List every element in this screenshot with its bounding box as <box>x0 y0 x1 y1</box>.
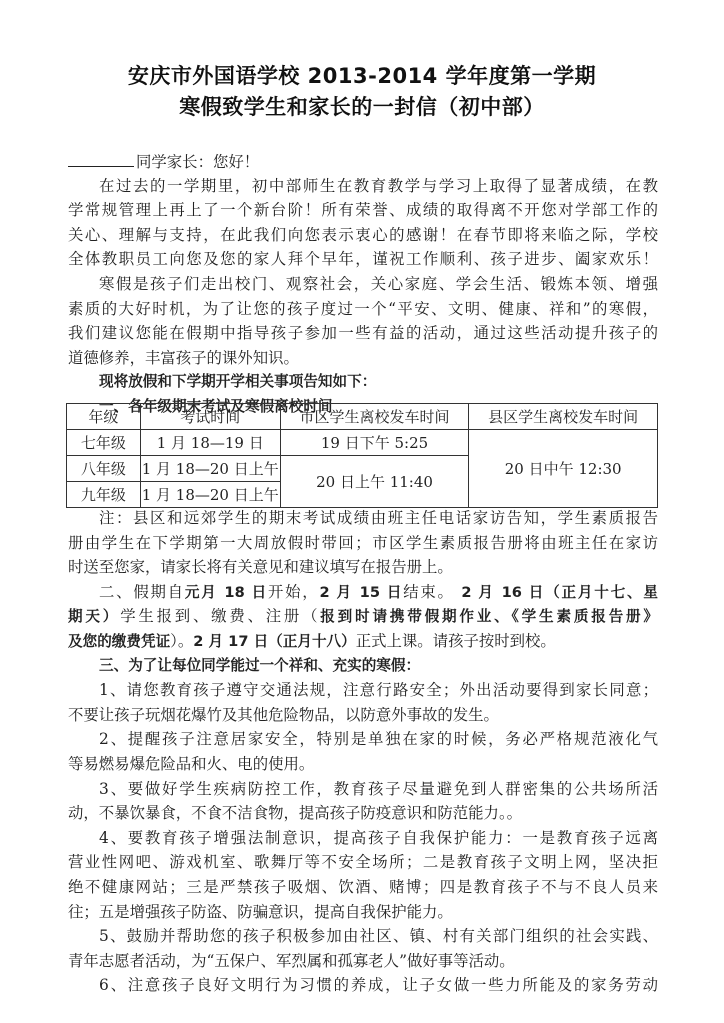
intro-line: 全体教职员工向您及您的家人拜个早年，谨祝工作顺利、孩子进步、阖家欢乐！ <box>68 247 658 272</box>
title-line-2: 寒假致学生和家长的一封信（初中部） <box>0 91 724 121</box>
item-4-line: 往；五是增强孩子防盗、防骗意识，提高自我保护能力。 <box>68 900 658 925</box>
report-day: 期天） <box>68 608 120 625</box>
cell-exam: 1 月 18—20 日上午 <box>140 456 280 482</box>
section2-text: 学生报到、缴费、注册（ <box>120 607 320 625</box>
cell-county: 20 日中午 12:30 <box>469 430 658 508</box>
name-blank <box>68 149 134 167</box>
intro-line: 关心、理解与支持，在此我们向您表示衷心的感谢！在春节即将来临之际，学校 <box>68 223 658 248</box>
salutation: 同学家长：您好！ <box>68 149 658 174</box>
item-3-line: 动，不暴饮暴食，不食不洁食物，提高孩子防疫意识和防范能力。。 <box>68 801 658 826</box>
title-line-1: 安庆市外国语学校 2013-2014 学年度第一学期 <box>0 60 724 90</box>
item-1-line: 不要让孩子玩烟花爆竹及其他危险物品，以防意外事故的发生。 <box>68 703 658 728</box>
report-date: 2 月 16 日（正月十七、星 <box>461 584 658 601</box>
section2-text: 正式上课。请孩子按时到校。 <box>356 632 556 650</box>
item-6-line: 6、注意孩子良好文明行为习惯的养成，让子女做一些力所能及的家务劳动 <box>68 973 658 998</box>
section2-line: 期天）学生报到、缴费、注册（报到时请携带假期作业、《学生素质报告册》 <box>68 604 658 629</box>
section2-text: 结束。 <box>403 583 461 601</box>
item-4-line: 绝不健康网站；三是严禁孩子吸烟、饮酒、赌博；四是教育孩子不与不良人员来 <box>68 875 658 900</box>
cell-grade: 七年级 <box>67 430 141 456</box>
note-line: 册由学生在下学期第一大周放假时带回；市区学生素质报告册将由班主任在家访 <box>68 531 658 556</box>
schedule-table: 年级 考试时间 市区学生离校发车时间 县区学生离校发车时间 七年级 1 月 18… <box>66 403 658 508</box>
note-line: 注：县区和远郊学生的期末考试成绩由班主任电话家访告知，学生素质报告 <box>68 506 658 531</box>
note-line: 时送至您家，请家长将有关意见和建议填写在报告册上。 <box>68 555 658 580</box>
vacation-line: 素质的大好时机，为了让您的孩子度过一个“平安、文明、健康、祥和”的寒假， <box>68 297 658 322</box>
cell-exam: 1 月 18—19 日 <box>140 430 280 456</box>
letter-page: 安庆市外国语学校 2013-2014 学年度第一学期 寒假致学生和家长的一封信（… <box>0 0 724 1023</box>
end-date: 2 月 15 日 <box>319 584 403 601</box>
item-2-line: 2、提醒孩子注意居家安全，特别是单独在家的时候，务必严格规范液化气 <box>68 727 658 752</box>
letter-body-upper: 同学家长：您好！ 在过去的一学期里，初中部师生在教育教学与学习上取得了显著成绩，… <box>68 149 658 420</box>
vacation-line: 我们建议您能在假期中指导孩子参加一些有益的活动，通过这些活动提升孩子的 <box>68 321 658 346</box>
class-start-date: 2 月 17 日（正月十八） <box>193 633 355 650</box>
item-5-line: 青年志愿者活动，为“五保户、军烈属和孤寡老人”做好事等活动。 <box>68 949 658 974</box>
table-header-row: 年级 考试时间 市区学生离校发车时间 县区学生离校发车时间 <box>67 404 658 430</box>
header-grade: 年级 <box>67 404 141 430</box>
item-1-line: 1、请您教育孩子遵守交通法规，注意行路安全；外出活动要得到家长同意； <box>68 678 658 703</box>
cell-city: 20 日上午 11:40 <box>280 456 469 508</box>
cell-city: 19 日下午 5:25 <box>280 430 469 456</box>
header-county-departure: 县区学生离校发车时间 <box>469 404 658 430</box>
table-row: 七年级 1 月 18—19 日 19 日下午 5:25 20 日中午 12:30 <box>67 430 658 456</box>
section3-heading: 三、为了让每位同学能过一个祥和、充实的寒假： <box>68 654 658 679</box>
section2-text: 开始， <box>268 583 320 601</box>
section2-text: ）。 <box>170 632 193 650</box>
intro-line: 在过去的一学期里，初中部师生在教育教学与学习上取得了显著成绩，在教 <box>68 174 658 199</box>
bring-items: 报到时请携带假期作业、《学生素质报告册》 <box>320 608 658 625</box>
cell-exam: 1 月 18—20 日上午 <box>140 482 280 508</box>
section2-text: 二、假期自 <box>99 583 185 601</box>
header-city-departure: 市区学生离校发车时间 <box>280 404 469 430</box>
section2-line: 二、假期自元月 18 日开始，2 月 15 日结束。 2 月 16 日（正月十七… <box>68 580 658 605</box>
item-3-line: 3、要做好学生疾病防控工作，教育孩子尽量避免到人群密集的公共场所活 <box>68 777 658 802</box>
cell-grade: 八年级 <box>67 456 141 482</box>
start-date: 元月 18 日 <box>185 584 268 601</box>
cell-grade: 九年级 <box>67 482 141 508</box>
fee-receipt: 及您的缴费凭证 <box>68 633 170 650</box>
header-exam-time: 考试时间 <box>140 404 280 430</box>
notice-heading: 现将放假和下学期开学相关事项告知如下： <box>68 370 658 395</box>
item-4-line: 4、要教育孩子增强法制意识，提高孩子自我保护能力：一是教育孩子远离 <box>68 826 658 851</box>
vacation-line: 道德修养，丰富孩子的课外知识。 <box>68 346 658 371</box>
item-5-line: 5、鼓励并帮助您的孩子积极参加由社区、镇、村有关部门组织的社会实践、 <box>68 924 658 949</box>
vacation-line: 寒假是孩子们走出校门、观察社会，关心家庭、学会生活、锻炼本领、增强 <box>68 272 658 297</box>
intro-line: 学常规管理上再上了一个新台阶！所有荣誉、成绩的取得离不开您对学部工作的 <box>68 198 658 223</box>
letter-body-lower: 注：县区和远郊学生的期末考试成绩由班主任电话家访告知，学生素质报告 册由学生在下… <box>68 506 658 998</box>
item-4-line: 营业性网吧、游戏机室、歌舞厅等不安全场所；二是教育孩子文明上网，坚决拒 <box>68 850 658 875</box>
item-2-line: 等易燃易爆危险品和火、电的使用。 <box>68 752 658 777</box>
section2-line: 及您的缴费凭证）。2 月 17 日（正月十八）正式上课。请孩子按时到校。 <box>68 629 658 654</box>
salutation-text: 同学家长：您好！ <box>136 153 259 171</box>
